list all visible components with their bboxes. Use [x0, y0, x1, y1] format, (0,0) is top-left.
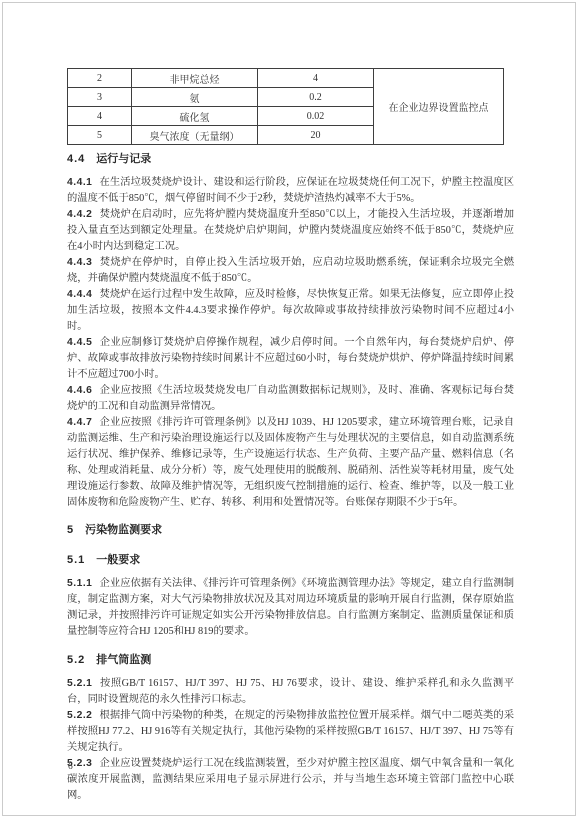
- clause-number: 4.4.2: [67, 209, 92, 220]
- clause-text: 在生活垃圾焚烧炉设计、建设和运行阶段，应保证在垃圾焚烧任何工况下，炉膛主控温度区…: [67, 177, 514, 204]
- limit-value-cell: 20: [258, 126, 374, 145]
- clause-text: 企业应制修订焚烧炉启停操作规程，减少启停时间。一个自然年内，每台焚烧炉启炉、停炉…: [67, 337, 514, 380]
- clause-4-4-6: 4.4.6企业应按照《生活垃圾焚烧发电厂自动监测数据标记规则》，及时、准确、客观…: [67, 383, 514, 415]
- clause-number: 4.4.5: [67, 337, 92, 348]
- clause-5-1-1: 5.1.1企业应依据有关法律、《排污许可管理条例》《环境监测管理办法》等规定，建…: [67, 576, 514, 640]
- clause-text: 焚烧炉在启动时，应先将炉膛内焚烧温度升至850℃以上，才能投入生活垃圾，并逐渐增…: [67, 209, 514, 252]
- section-title: 运行与记录: [96, 153, 151, 165]
- page-content: 2 非甲烷总烃 4 在企业边界设置监控点 3 氨 0.2 4 硫化氢 0.02 …: [67, 68, 514, 804]
- clause-4-4-3: 4.4.3焚烧炉在停炉时，自停止投入生活垃圾开始，应启动垃圾助燃系统，保证剩余垃…: [67, 255, 514, 287]
- document-page: { "page": { "number": "6" }, "pollutant_…: [0, 0, 578, 818]
- section-heading-5-1: 5.1一般要求: [67, 553, 514, 567]
- section-heading-5-2: 5.2排气筒监测: [67, 653, 514, 667]
- chapter-number: 5: [67, 524, 74, 536]
- pollutant-name-cell: 臭气浓度（无量纲）: [132, 126, 258, 145]
- pollutant-name-cell: 非甲烷总烃: [132, 69, 258, 88]
- clause-text: 按照GB/T 16157、HJ/T 397、HJ 75、HJ 76要求，设计、建…: [67, 678, 514, 705]
- clause-number: 5.2.2: [67, 710, 92, 721]
- clause-number: 5.1.1: [67, 578, 92, 589]
- clause-text: 根据排气筒中污染物的种类，在规定的污染物排放监控位置开展采样。烟气中二噁英类的采…: [67, 710, 514, 753]
- clause-number: 4.4.1: [67, 177, 92, 188]
- clause-5-2-3: 5.2.3企业应设置焚烧炉运行工况在线监测装置，至少对炉膛主控区温度、烟气中氧含…: [67, 756, 514, 804]
- clause-number: 4.4.7: [67, 417, 92, 428]
- clause-number: 4.4.4: [67, 289, 92, 300]
- limit-value-cell: 0.2: [258, 88, 374, 107]
- row-number-cell: 5: [68, 126, 132, 145]
- row-number-cell: 3: [68, 88, 132, 107]
- clause-text: 企业应按照《排污许可管理条例》以及HJ 1039、HJ 1205要求，建立环境管…: [67, 417, 514, 508]
- limit-value-cell: 4: [258, 69, 374, 88]
- clause-number: 4.4.3: [67, 257, 92, 268]
- section-number: 4.4: [67, 153, 85, 165]
- clause-5-2-2: 5.2.2根据排气筒中污染物的种类，在规定的污染物排放监控位置开展采样。烟气中二…: [67, 708, 514, 756]
- table-row: 2 非甲烷总烃 4 在企业边界设置监控点: [68, 69, 504, 88]
- clause-text: 焚烧炉在运行过程中发生故障，应及时检修，尽快恢复正常。如果无法修复，应立即停止投…: [67, 289, 514, 332]
- clause-4-4-5: 4.4.5企业应制修订焚烧炉启停操作规程，减少启停时间。一个自然年内，每台焚烧炉…: [67, 335, 514, 383]
- section-number: 5.2: [67, 654, 85, 666]
- clause-4-4-1: 4.4.1在生活垃圾焚烧炉设计、建设和运行阶段，应保证在垃圾焚烧任何工况下，炉膛…: [67, 175, 514, 207]
- chapter-title: 污染物监测要求: [85, 524, 162, 536]
- clause-text: 企业应依据有关法律、《排污许可管理条例》《环境监测管理办法》等规定，建立自行监测…: [67, 578, 514, 637]
- chapter-heading-5: 5污染物监测要求: [67, 523, 514, 537]
- page-number: 6: [68, 762, 73, 772]
- pollutant-table: 2 非甲烷总烃 4 在企业边界设置监控点 3 氨 0.2 4 硫化氢 0.02 …: [67, 68, 504, 145]
- row-number-cell: 4: [68, 107, 132, 126]
- clause-number: 4.4.6: [67, 385, 92, 396]
- clause-4-4-4: 4.4.4焚烧炉在运行过程中发生故障，应及时检修，尽快恢复正常。如果无法修复，应…: [67, 287, 514, 335]
- pollutant-name-cell: 氨: [132, 88, 258, 107]
- section-title: 排气筒监测: [96, 654, 151, 666]
- clause-text: 焚烧炉在停炉时，自停止投入生活垃圾开始，应启动垃圾助燃系统，保证剩余垃圾完全燃烧…: [67, 257, 514, 284]
- clause-4-4-7: 4.4.7企业应按照《排污许可管理条例》以及HJ 1039、HJ 1205要求，…: [67, 415, 514, 511]
- clause-text: 企业应设置焚烧炉运行工况在线监测装置，至少对炉膛主控区温度、烟气中氧含量和一氧化…: [67, 758, 514, 801]
- section-heading-4-4: 4.4运行与记录: [67, 152, 514, 166]
- section-number: 5.1: [67, 554, 85, 566]
- pollutant-name-cell: 硫化氢: [132, 107, 258, 126]
- limit-value-cell: 0.02: [258, 107, 374, 126]
- monitoring-note-cell: 在企业边界设置监控点: [374, 69, 504, 145]
- row-number-cell: 2: [68, 69, 132, 88]
- section-title: 一般要求: [96, 554, 140, 566]
- clause-number: 5.2.1: [67, 678, 92, 689]
- clause-4-4-2: 4.4.2焚烧炉在启动时，应先将炉膛内焚烧温度升至850℃以上，才能投入生活垃圾…: [67, 207, 514, 255]
- clause-5-2-1: 5.2.1按照GB/T 16157、HJ/T 397、HJ 75、HJ 76要求…: [67, 676, 514, 708]
- clause-text: 企业应按照《生活垃圾焚烧发电厂自动监测数据标记规则》，及时、准确、客观标记每台焚…: [67, 385, 514, 412]
